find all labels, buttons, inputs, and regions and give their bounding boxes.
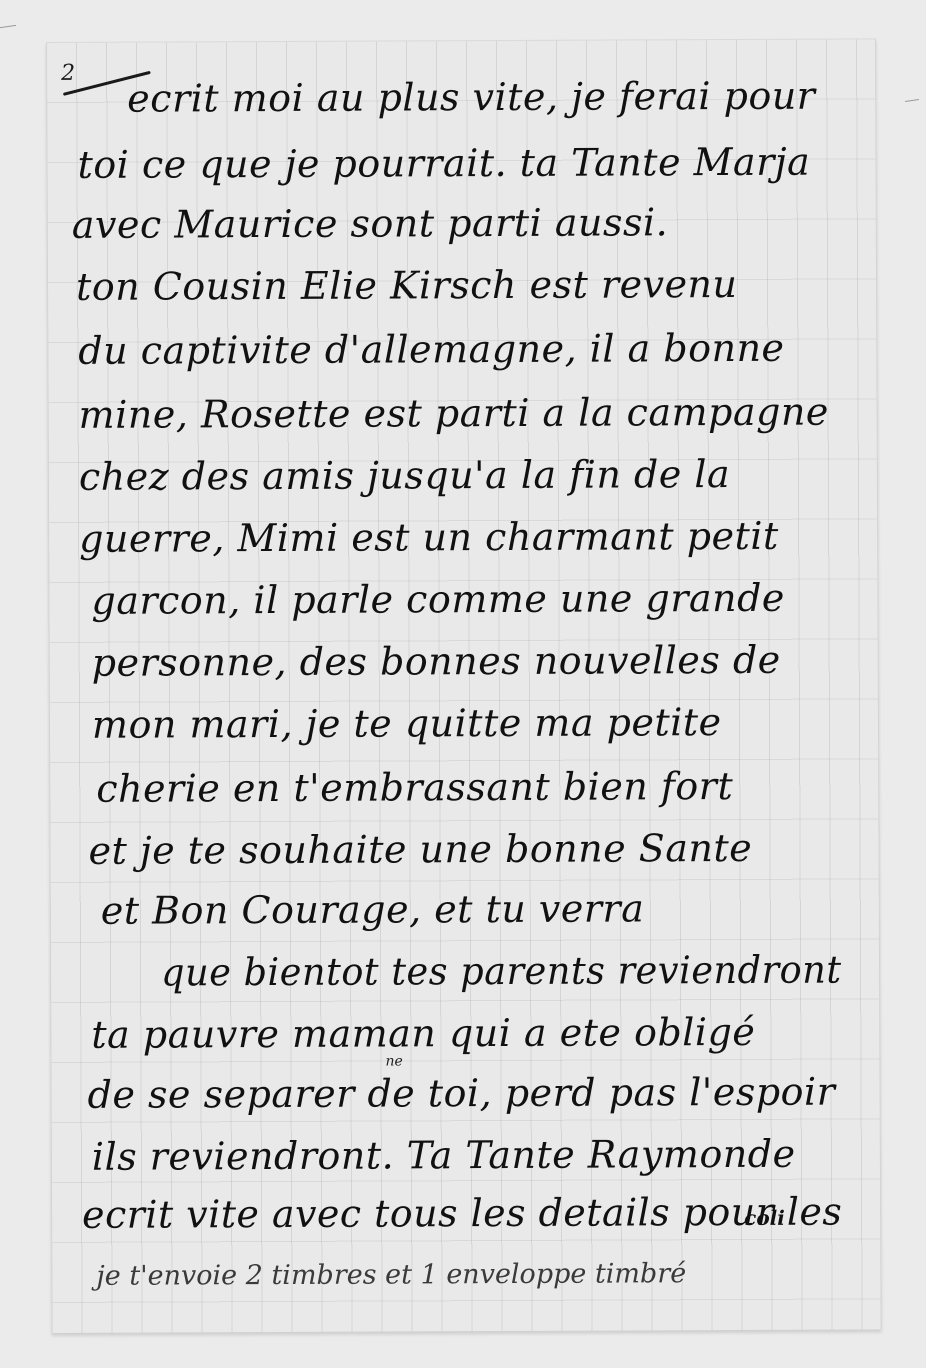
stray-pen-mark (0, 25, 16, 28)
letter-line-7: chez des amis jusqu'a la fin de la (79, 452, 730, 499)
letter-line-16: ta pauvre maman qui a ete obligé (91, 1010, 755, 1057)
page-number: 2 (61, 61, 75, 86)
grid-paper-sheet: 2 ecrit moi au plus vite, je ferai pour … (46, 38, 882, 1333)
postscript-line: je t'envoie 2 timbres et 1 enveloppe tim… (96, 1258, 686, 1292)
letter-line-14: et Bon Courage, et tu verra (101, 886, 645, 932)
letter-line-10: personne, des bonnes nouvelles de (92, 638, 781, 685)
letter-line-15: que bientot tes parents reviendront (161, 948, 842, 995)
interlinear-correction: ne (385, 1053, 402, 1069)
letter-line-11: mon mari, je te quitte ma petite (92, 700, 722, 747)
letter-line-19: ecrit vite avec tous les details pour le… (82, 1190, 842, 1237)
scanned-letter-page: 2 ecrit moi au plus vite, je ferai pour … (0, 0, 926, 1368)
postscript-superscript: coli (744, 1206, 785, 1230)
letter-line-18: ils reviendront. Ta Tante Raymonde (92, 1132, 796, 1179)
letter-line-2: toi ce que je pourrait. ta Tante Marja (77, 140, 810, 187)
letter-line-12: cherie en t'embrassant bien fort (96, 764, 733, 811)
letter-line-4: ton Cousin Elie Kirsch est revenu (76, 262, 738, 309)
letter-line-1: ecrit moi au plus vite, je ferai pour (127, 74, 815, 121)
letter-line-8: guerre, Mimi est un charmant petit (79, 514, 779, 561)
letter-line-5: du captivite d'allemagne, il a bonne (78, 326, 784, 373)
letter-line-3: avec Maurice sont parti aussi. (72, 200, 669, 247)
letter-line-17: de se separer de toi, perd pas l'espoir (87, 1070, 835, 1117)
stray-pen-mark (905, 99, 919, 102)
letter-line-6: mine, Rosette est parti a la campagne (79, 390, 829, 437)
letter-line-13: et je te souhaite une bonne Sante (88, 826, 752, 873)
letter-line-9: garcon, il parle comme une grande (91, 576, 785, 623)
